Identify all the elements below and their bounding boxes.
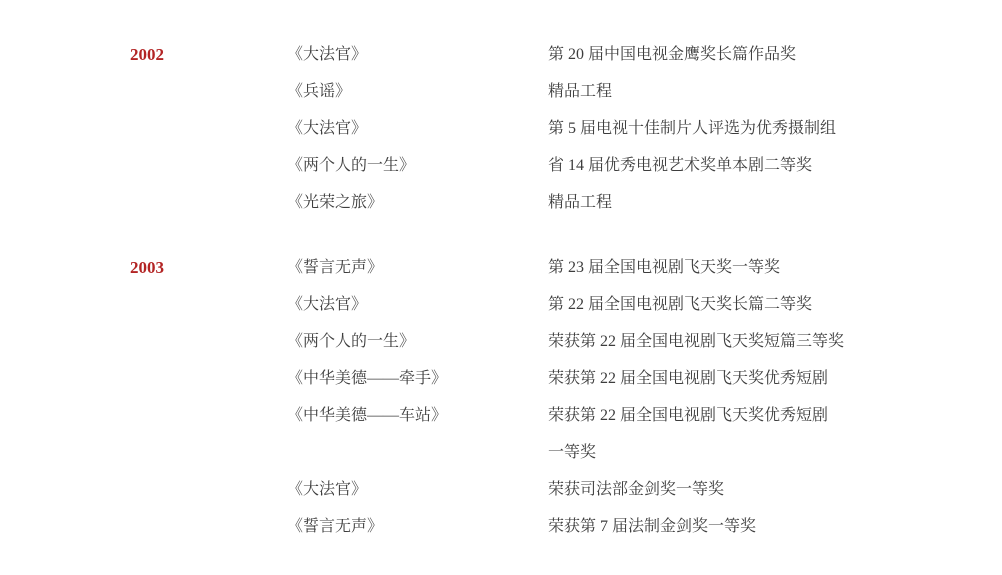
award-line: 精品工程 (548, 73, 908, 110)
award-text: 第 20 届中国电视金鹰奖长篇作品奖 (548, 36, 908, 73)
award-line: 荣获第 7 届法制金剑奖一等奖 (548, 508, 908, 545)
award-row: 2002《大法官》第 20 届中国电视金鹰奖长篇作品奖 (130, 36, 1002, 73)
work-title: 《大法官》 (287, 471, 548, 508)
award-text: 荣获第 22 届全国电视剧飞天奖短篇三等奖 (548, 323, 908, 360)
award-line: 省 14 届优秀电视艺术奖单本剧二等奖 (548, 147, 908, 184)
work-title: 《誓言无声》 (287, 508, 548, 545)
award-row: 《誓言无声》荣获第 7 届法制金剑奖一等奖 (130, 508, 1002, 545)
work-title: 《兵谣》 (287, 73, 548, 110)
award-row: 《中华美德——车站》荣获第 22 届全国电视剧飞天奖优秀短剧一等奖 (130, 397, 1002, 471)
year-section-2003: 2003《誓言无声》第 23 届全国电视剧飞天奖一等奖《大法官》第 22 届全国… (130, 249, 1002, 545)
award-row: 《大法官》第 22 届全国电视剧飞天奖长篇二等奖 (130, 286, 1002, 323)
award-text: 精品工程 (548, 73, 908, 110)
work-title: 《大法官》 (287, 36, 548, 73)
award-text: 荣获第 22 届全国电视剧飞天奖优秀短剧一等奖 (548, 397, 908, 471)
year-section-2002: 2002《大法官》第 20 届中国电视金鹰奖长篇作品奖《兵谣》精品工程《大法官》… (130, 36, 1002, 221)
work-title: 《两个人的一生》 (287, 147, 548, 184)
award-text: 省 14 届优秀电视艺术奖单本剧二等奖 (548, 147, 908, 184)
award-row: 《光荣之旅》精品工程 (130, 184, 1002, 221)
award-text: 第 5 届电视十佳制片人评选为优秀摄制组 (548, 110, 908, 147)
work-title: 《誓言无声》 (287, 249, 548, 286)
award-line: 精品工程 (548, 184, 908, 221)
award-line: 荣获司法部金剑奖一等奖 (548, 471, 908, 508)
award-text: 第 22 届全国电视剧飞天奖长篇二等奖 (548, 286, 908, 323)
award-row: 《中华美德——牵手》荣获第 22 届全国电视剧飞天奖优秀短剧 (130, 360, 1002, 397)
award-line: 第 22 届全国电视剧飞天奖长篇二等奖 (548, 286, 908, 323)
award-row: 2003《誓言无声》第 23 届全国电视剧飞天奖一等奖 (130, 249, 1002, 286)
award-line: 第 5 届电视十佳制片人评选为优秀摄制组 (548, 110, 908, 147)
award-line: 第 20 届中国电视金鹰奖长篇作品奖 (548, 36, 908, 73)
awards-table: 2002《大法官》第 20 届中国电视金鹰奖长篇作品奖《兵谣》精品工程《大法官》… (0, 0, 1002, 545)
award-line: 一等奖 (548, 434, 908, 471)
year-label: 2003 (130, 249, 287, 286)
award-text: 精品工程 (548, 184, 908, 221)
work-title: 《大法官》 (287, 110, 548, 147)
award-line: 荣获第 22 届全国电视剧飞天奖优秀短剧 (548, 397, 908, 434)
award-line: 荣获第 22 届全国电视剧飞天奖短篇三等奖 (548, 323, 908, 360)
award-line: 荣获第 22 届全国电视剧飞天奖优秀短剧 (548, 360, 908, 397)
award-text: 荣获第 7 届法制金剑奖一等奖 (548, 508, 908, 545)
award-row: 《两个人的一生》荣获第 22 届全国电视剧飞天奖短篇三等奖 (130, 323, 1002, 360)
award-row: 《两个人的一生》省 14 届优秀电视艺术奖单本剧二等奖 (130, 147, 1002, 184)
work-title: 《中华美德——车站》 (287, 397, 548, 434)
award-line: 第 23 届全国电视剧飞天奖一等奖 (548, 249, 908, 286)
award-text: 第 23 届全国电视剧飞天奖一等奖 (548, 249, 908, 286)
work-title: 《两个人的一生》 (287, 323, 548, 360)
work-title: 《中华美德——牵手》 (287, 360, 548, 397)
award-text: 荣获司法部金剑奖一等奖 (548, 471, 908, 508)
year-label: 2002 (130, 36, 287, 73)
award-text: 荣获第 22 届全国电视剧飞天奖优秀短剧 (548, 360, 908, 397)
award-row: 《大法官》第 5 届电视十佳制片人评选为优秀摄制组 (130, 110, 1002, 147)
work-title: 《光荣之旅》 (287, 184, 548, 221)
work-title: 《大法官》 (287, 286, 548, 323)
award-row: 《兵谣》精品工程 (130, 73, 1002, 110)
awards-document: 2002《大法官》第 20 届中国电视金鹰奖长篇作品奖《兵谣》精品工程《大法官》… (0, 0, 1002, 575)
award-row: 《大法官》荣获司法部金剑奖一等奖 (130, 471, 1002, 508)
